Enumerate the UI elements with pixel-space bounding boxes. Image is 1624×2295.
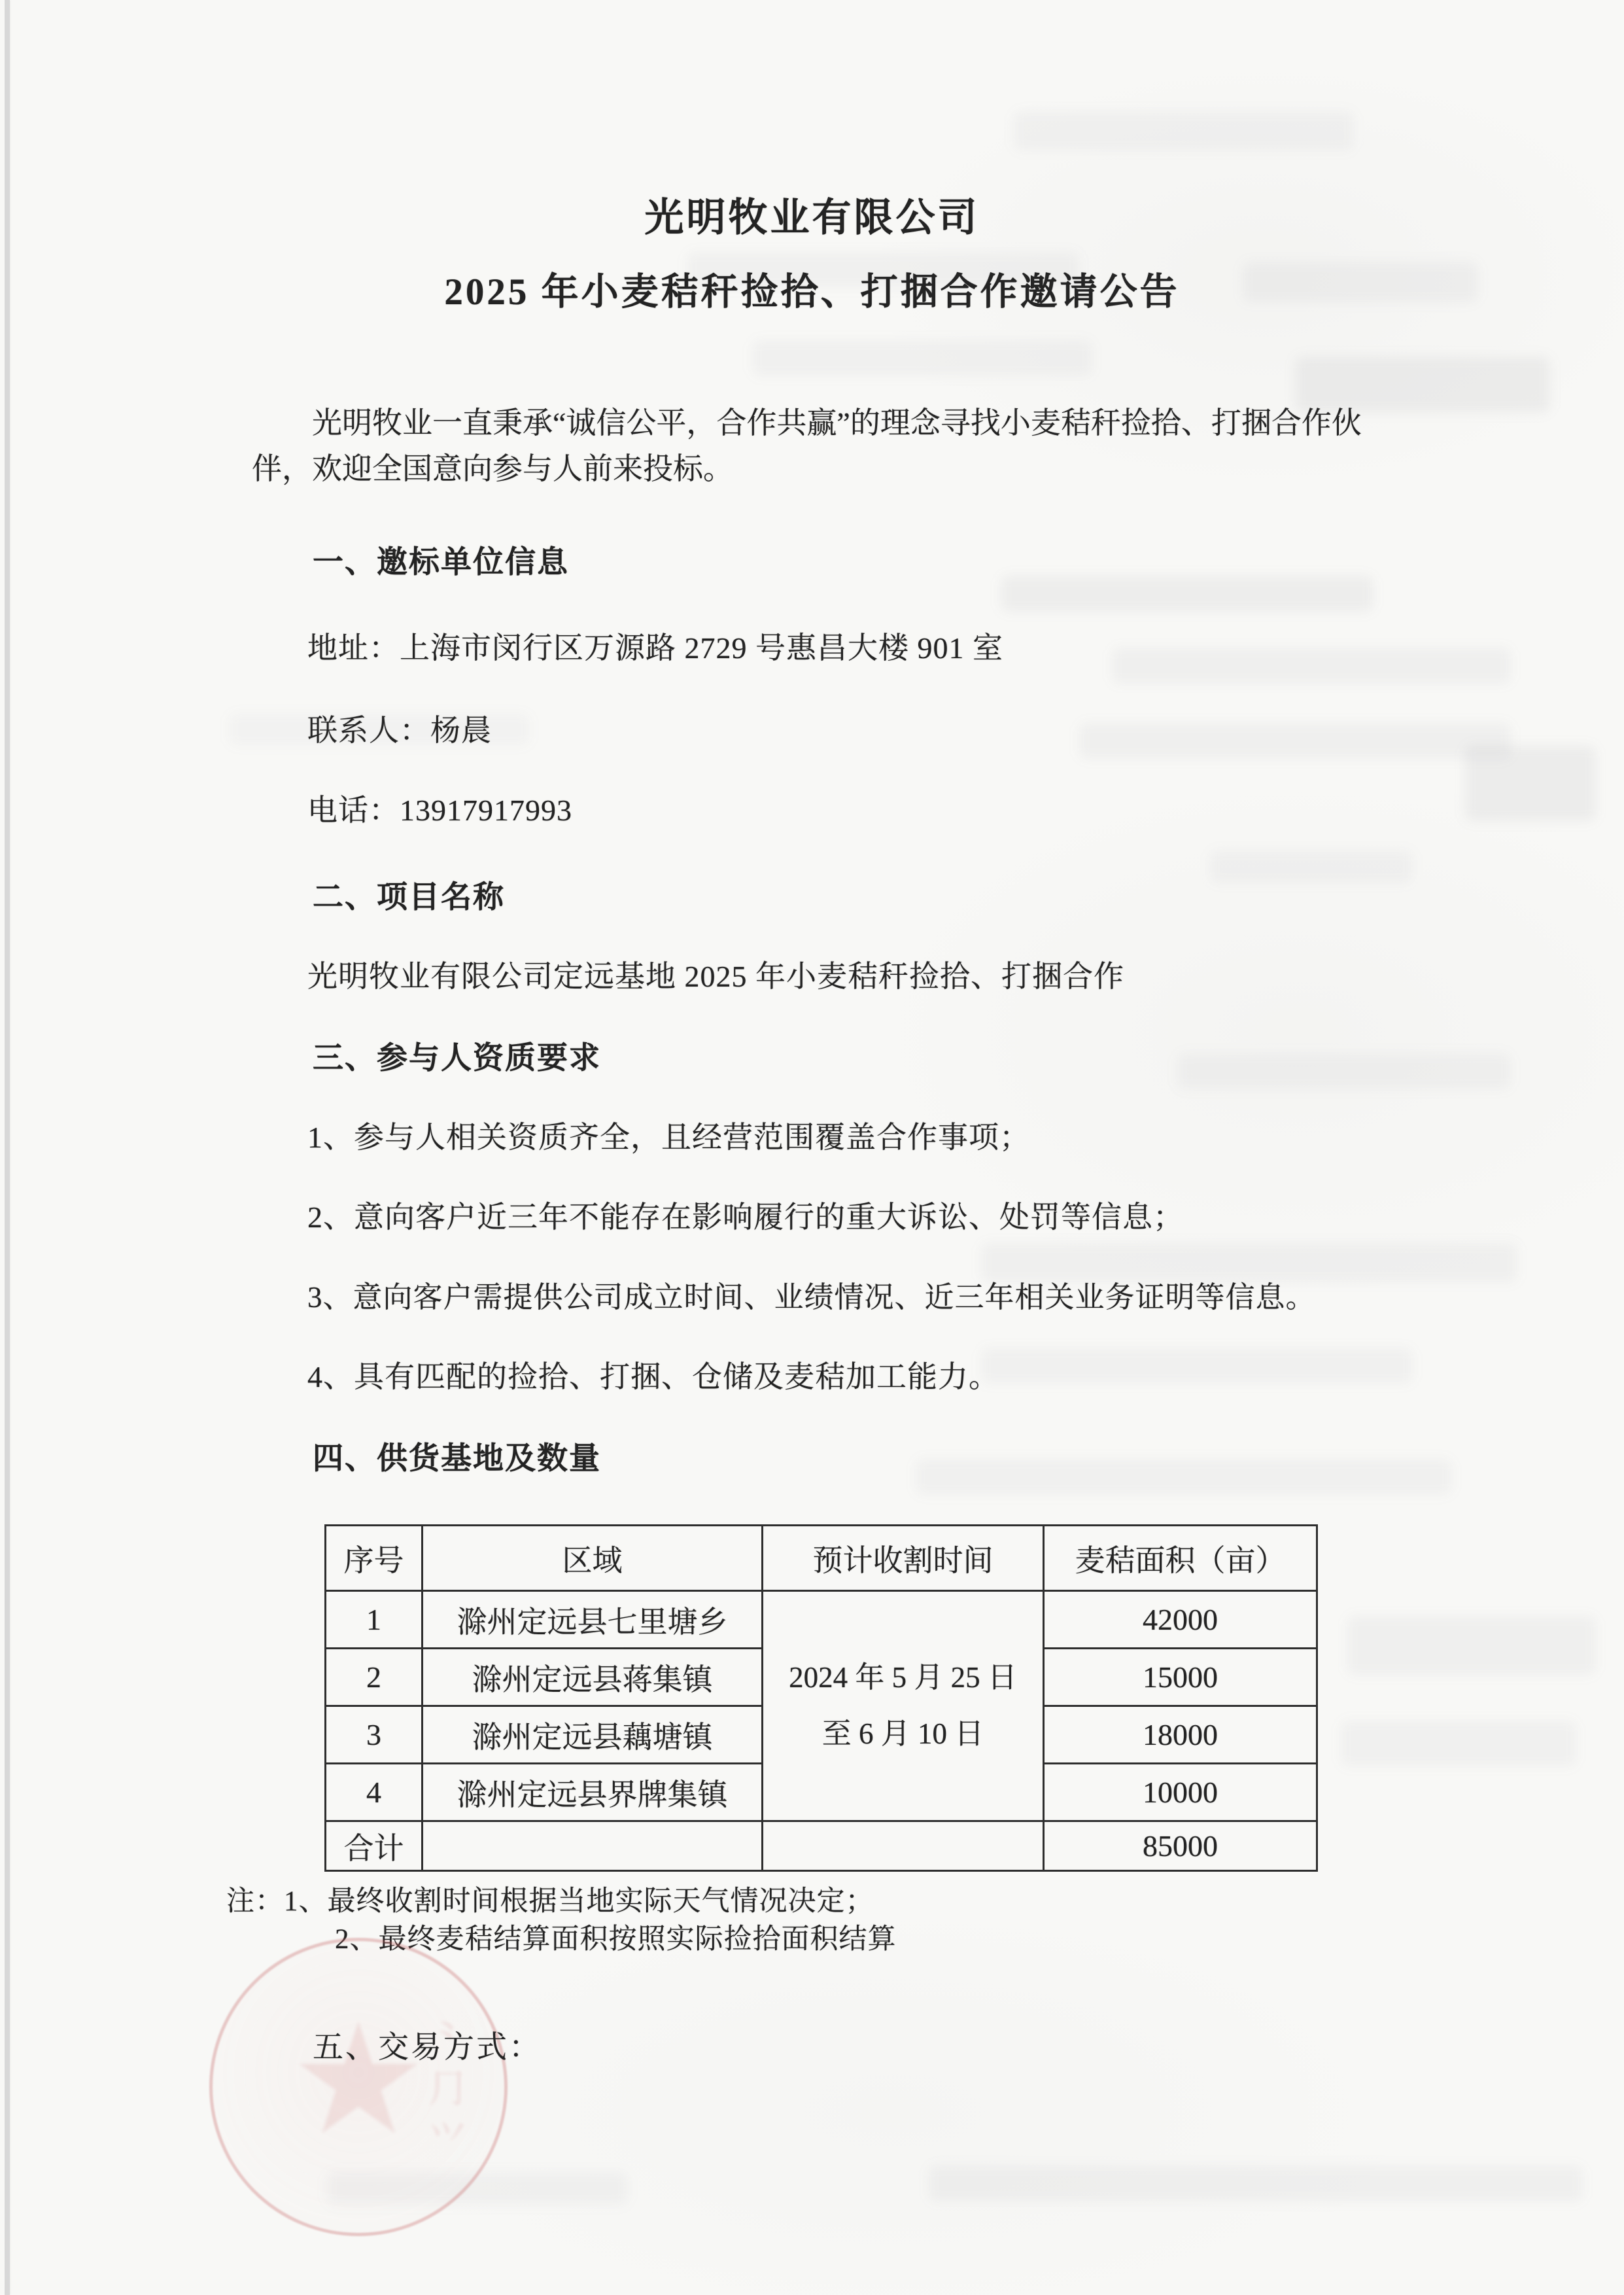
bleed-through-artifact: [1177, 1053, 1511, 1089]
header-harvest-time: 预计收割时间: [763, 1526, 1044, 1591]
section-heading-project-name: 二、项目名称: [313, 873, 505, 917]
bleed-through-artifact: [1001, 576, 1373, 612]
table-header-row: 序号 区域 预计收割时间 麦秸面积（亩）: [326, 1526, 1317, 1591]
cell-region: 滁州定远县藕塘镇: [423, 1706, 763, 1764]
bleed-through-artifact: [981, 1348, 1413, 1384]
bleed-through-artifact: [929, 2165, 1583, 2201]
cell-seq: 3: [326, 1706, 423, 1764]
address-line: 地址：上海市闵行区万源路 2729 号惠昌大楼 901 室: [307, 624, 1003, 667]
cell-seq: 4: [326, 1764, 423, 1821]
section-heading-qualification: 三、参与人资质要求: [313, 1034, 601, 1077]
cell-region: 滁州定远县蒋集镇: [423, 1649, 763, 1706]
cell-region: 滁州定远县七里塘乡: [423, 1591, 763, 1649]
bleed-through-artifact: [1014, 111, 1354, 150]
table-note-1: 注：1、最终收割时间根据当地实际天气情况决定；: [226, 1879, 874, 1919]
header-seq: 序号: [326, 1526, 423, 1591]
section-heading-transaction-method: 五、交易方式：: [313, 2023, 542, 2067]
cell-seq: 1: [326, 1591, 423, 1649]
bleed-through-artifact: [1347, 1616, 1596, 1675]
cell-seq: 2: [326, 1649, 423, 1706]
cell-area: 42000: [1044, 1591, 1317, 1649]
bleed-through-artifact: [1079, 723, 1511, 759]
qualification-item-4: 4、具有匹配的捡拾、打捆、仓储及麦秸加工能力。: [307, 1353, 999, 1396]
qualification-item-1: 1、参与人相关资质齐全，且经营范围覆盖合作事项；: [307, 1113, 1030, 1157]
bleed-through-artifact: [1210, 850, 1413, 883]
section-heading-supply-bases: 四、供货基地及数量: [313, 1434, 601, 1478]
red-company-stamp: ★ ⺀⺆⺍: [209, 1938, 508, 2236]
qualification-item-3: 3、意向客户需提供公司成立时间、业绩情况、近三年相关业务证明等信息。: [307, 1273, 1316, 1316]
table-total-row: 合计 85000: [326, 1821, 1317, 1871]
bleed-through-artifact: [752, 340, 1092, 376]
qualification-item-2: 2、意向客户近三年不能存在影响履行的重大诉讼、处罚等信息；: [307, 1193, 1184, 1236]
bleed-through-artifact: [1341, 1721, 1576, 1766]
cell-empty: [423, 1821, 763, 1871]
cell-area: 15000: [1044, 1649, 1317, 1706]
section-heading-bid-unit-info: 一、邀标单位信息: [313, 538, 569, 582]
cell-empty: [763, 1821, 1044, 1871]
stamp-star-icon: ★: [290, 1991, 428, 2169]
header-straw-area: 麦秸面积（亩）: [1044, 1526, 1317, 1591]
bleed-through-artifact: [916, 1459, 1452, 1495]
project-name-line: 光明牧业有限公司定远基地 2025 年小麦秸秆捡拾、打捆合作: [307, 953, 1124, 996]
cell-total-label: 合计: [326, 1821, 423, 1871]
contact-person-line: 联系人：杨晨: [307, 707, 492, 750]
table-row: 1 滁州定远县七里塘乡 2024 年 5 月 25 日 至 6 月 10 日 4…: [326, 1591, 1317, 1649]
document-title-announcement: 2025 年小麦秸秆捡拾、打捆合作邀请公告: [0, 262, 1624, 315]
phone-line: 电话：13917917993: [307, 786, 572, 830]
scanner-edge-artifact: [5, 0, 10, 2295]
cell-total-area: 85000: [1044, 1821, 1317, 1871]
header-region: 区域: [423, 1526, 763, 1591]
cell-harvest-time-merged: 2024 年 5 月 25 日 至 6 月 10 日: [763, 1591, 1044, 1821]
supply-base-table: 序号 区域 预计收割时间 麦秸面积（亩） 1 滁州定远县七里塘乡 2024 年 …: [324, 1524, 1318, 1872]
cell-area: 10000: [1044, 1764, 1317, 1821]
intro-paragraph: 光明牧业一直秉承“诚信公平，合作共赢”的理念寻找小麦秸秆捡拾、打捆合作伙伴，欢迎…: [252, 400, 1403, 492]
bleed-through-artifact: [1465, 746, 1596, 821]
bleed-through-artifact: [1112, 648, 1511, 684]
scanned-document-page: 光明牧业有限公司 2025 年小麦秸秆捡拾、打捆合作邀请公告 光明牧业一直秉承“…: [0, 0, 1624, 2295]
document-title-company: 光明牧业有限公司: [0, 186, 1624, 243]
cell-area: 18000: [1044, 1706, 1317, 1764]
cell-region: 滁州定远县界牌集镇: [423, 1764, 763, 1821]
